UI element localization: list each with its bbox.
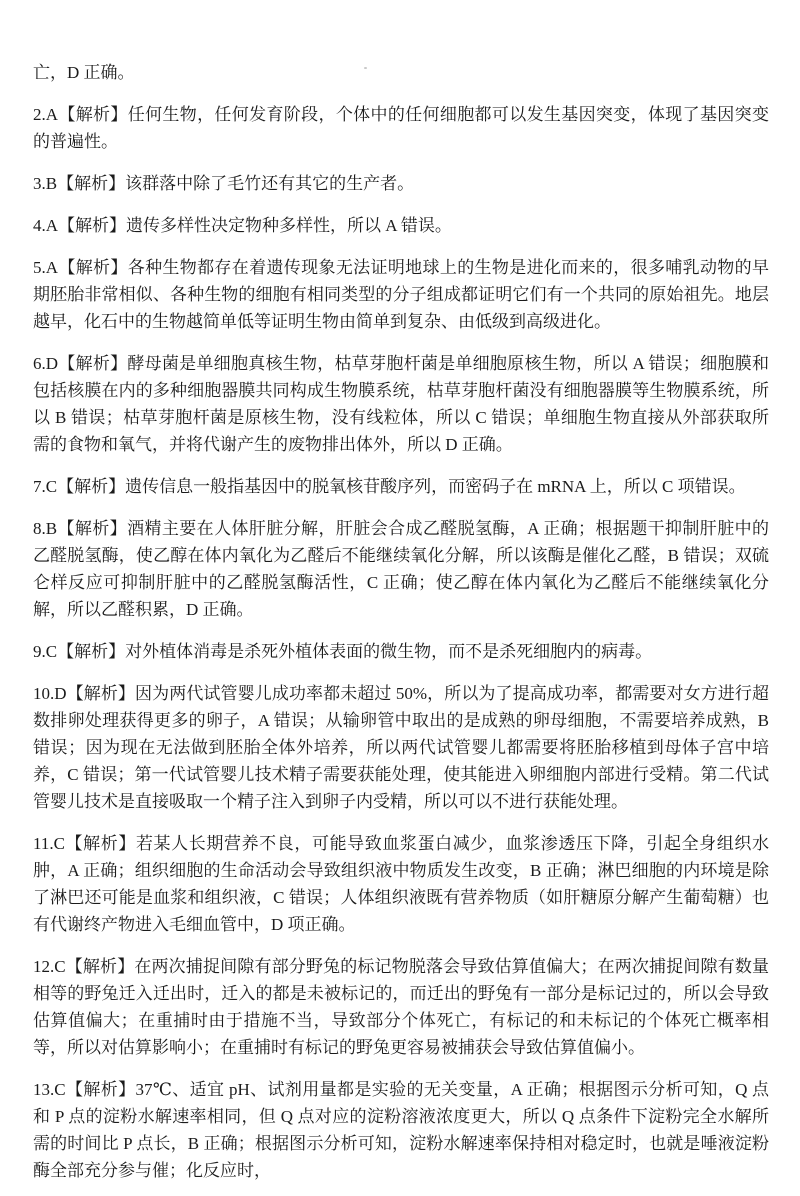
answer-explanation-11: 11.C【解析】若某人长期营养不良，可能导致血浆蛋白减少，血浆渗透压下降，引起全… (33, 830, 769, 938)
scanned-answer-key-page: { "page": { "background": "#ffffff", "te… (0, 0, 800, 1196)
answer-explanation-8: 8.B【解析】酒精主要在人体肝脏分解，肝脏会合成乙醛脱氢酶，A 正确；根据题干抑… (33, 515, 769, 623)
answer-explanation-10: 10.D【解析】因为两代试管婴儿成功率都未超过 50%，所以为了提高成功率，都需… (33, 680, 769, 815)
answer-explanation-3: 3.B【解析】该群落中除了毛竹还有其它的生产者。 (33, 170, 769, 197)
answer-explanation-13: 13.C【解析】37℃、适宜 pH、试剂用量都是实验的无关变量，A 正确；根据图… (33, 1076, 769, 1184)
scan-noise-speck (364, 67, 367, 69)
answer-explanation-7: 7.C【解析】遗传信息一般指基因中的脱氧核苷酸序列，而密码子在 mRNA 上，所… (33, 473, 769, 500)
answer-explanation-4: 4.A【解析】遗传多样性决定物种多样性，所以 A 错误。 (33, 212, 769, 239)
document-page: 亡，D 正确。 2.A【解析】任何生物，任何发育阶段，个体中的任何细胞都可以发生… (0, 0, 800, 1196)
answer-explanation-9: 9.C【解析】对外植体消毒是杀死外植体表面的微生物，而不是杀死细胞内的病毒。 (33, 638, 769, 665)
answer-1-continuation: 亡，D 正确。 (33, 59, 769, 86)
answer-explanation-6: 6.D【解析】酵母菌是单细胞真核生物，枯草芽胞杆菌是单细胞原核生物，所以 A 错… (33, 350, 769, 458)
answer-explanation-2: 2.A【解析】任何生物，任何发育阶段，个体中的任何细胞都可以发生基因突变，体现了… (33, 101, 769, 155)
answer-explanation-12: 12.C【解析】在两次捕捉间隙有部分野兔的标记物脱落会导致估算值偏大；在两次捕捉… (33, 953, 769, 1061)
answer-explanation-5: 5.A【解析】各种生物都存在着遗传现象无法证明地球上的生物是进化而来的，很多哺乳… (33, 254, 769, 335)
